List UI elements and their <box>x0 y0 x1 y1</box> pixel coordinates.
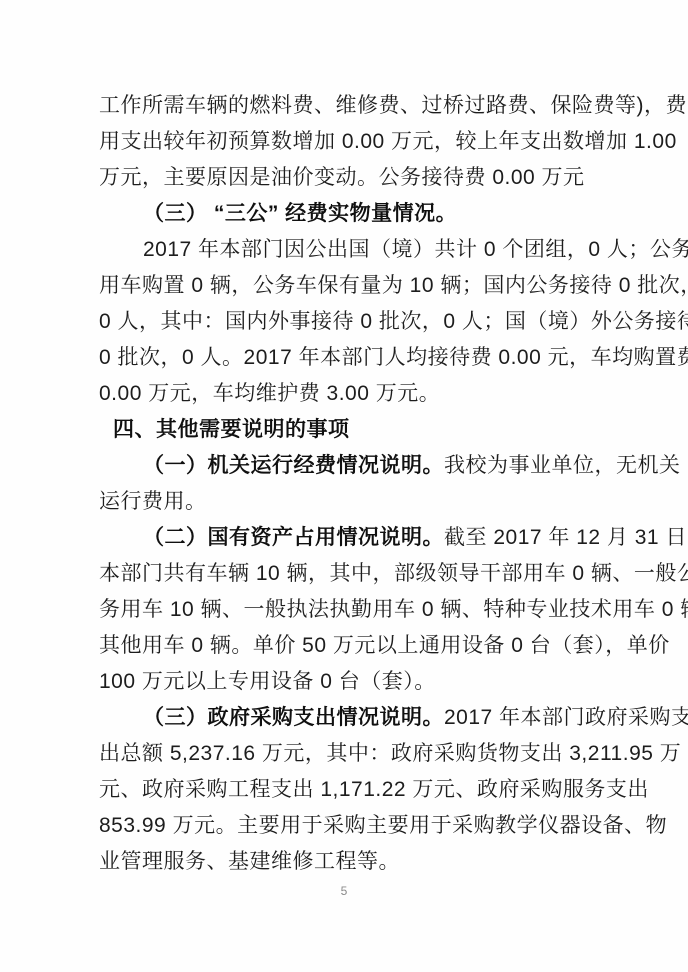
body-text: 万元，主要原因是油价变动。公务接待费 0.00 万元 <box>99 166 585 189</box>
text-line: 元、政府采购工程支出 1,171.22 万元、政府采购服务支出 <box>99 772 611 808</box>
body-text: 用支出较年初预算数增加 0.00 万元，较上年支出数增加 1.00 <box>99 130 677 153</box>
body-text: 截至 2017 年 12 月 31 日， <box>444 526 688 549</box>
bold-text: 四、其他需要说明的事项 <box>113 418 350 441</box>
text-line: 0 人，其中：国内外事接待 0 批次，0 人；国（境）外公务接待 <box>99 304 611 340</box>
body-text: 100 万元以上专用设备 0 台（套）。 <box>99 670 436 693</box>
text-line: 工作所需车辆的燃料费、维修费、过桥过路费、保险费等)，费 <box>99 88 611 124</box>
text-line: 务用车 10 辆、一般执法执勤用车 0 辆、特种专业技术用车 0 辆、 <box>99 592 611 628</box>
text-line: 其他用车 0 辆。单价 50 万元以上通用设备 0 台（套），单价 <box>99 628 611 664</box>
text-line: 万元，主要原因是油价变动。公务接待费 0.00 万元 <box>99 160 611 196</box>
body-text: 0.00 万元，车均维护费 3.00 万元。 <box>99 382 440 405</box>
text-line: 853.99 万元。主要用于采购主要用于采购教学仪器设备、物 <box>99 808 611 844</box>
body-text: 元、政府采购工程支出 1,171.22 万元、政府采购服务支出 <box>99 778 649 801</box>
body-text: 务用车 10 辆、一般执法执勤用车 0 辆、特种专业技术用车 0 辆、 <box>99 598 688 621</box>
document-body: 工作所需车辆的燃料费、维修费、过桥过路费、保险费等)，费 用支出较年初预算数增加… <box>99 88 611 880</box>
section-heading: （一）机关运行经费情况说明。我校为事业单位，无机关 <box>99 448 611 484</box>
document-page: 工作所需车辆的燃料费、维修费、过桥过路费、保险费等)，费 用支出较年初预算数增加… <box>0 0 688 972</box>
chapter-heading: 四、其他需要说明的事项 <box>99 412 611 448</box>
text-line: 用车购置 0 辆，公务车保有量为 10 辆；国内公务接待 0 批次， <box>99 268 611 304</box>
body-text: 出总额 5,237.16 万元，其中：政府采购货物支出 3,211.95 万 <box>99 742 681 765</box>
body-text: 2017 年本部门政府采购支 <box>444 706 688 729</box>
section-heading: （二）国有资产占用情况说明。截至 2017 年 12 月 31 日， <box>99 520 611 556</box>
text-line: 本部门共有车辆 10 辆，其中，部级领导干部用车 0 辆、一般公 <box>99 556 611 592</box>
body-text: 用车购置 0 辆，公务车保有量为 10 辆；国内公务接待 0 批次， <box>99 274 688 297</box>
body-text: 工作所需车辆的燃料费、维修费、过桥过路费、保险费等)，费 <box>99 94 687 117</box>
bold-text: （三）政府采购支出情况说明。 <box>143 706 444 729</box>
section-heading: （三） “三公” 经费实物量情况。 <box>99 196 611 232</box>
body-text: 本部门共有车辆 10 辆，其中，部级领导干部用车 0 辆、一般公 <box>99 562 688 585</box>
body-text: 0 人，其中：国内外事接待 0 批次，0 人；国（境）外公务接待 <box>99 310 688 333</box>
body-text: 我校为事业单位，无机关 <box>444 454 681 477</box>
page-number: 5 <box>0 884 688 898</box>
text-line: 运行费用。 <box>99 484 611 520</box>
body-text: 运行费用。 <box>99 490 207 513</box>
body-text: 2017 年本部门因公出国（境）共计 0 个团组，0 人；公务 <box>143 238 688 261</box>
bold-text: （一）机关运行经费情况说明。 <box>143 454 444 477</box>
bold-text: （二）国有资产占用情况说明。 <box>143 526 444 549</box>
body-text: 业管理服务、基建维修工程等。 <box>99 850 400 873</box>
text-line: 2017 年本部门因公出国（境）共计 0 个团组，0 人；公务 <box>99 232 611 268</box>
text-line: 出总额 5,237.16 万元，其中：政府采购货物支出 3,211.95 万 <box>99 736 611 772</box>
text-line: 业管理服务、基建维修工程等。 <box>99 844 611 880</box>
body-text: 853.99 万元。主要用于采购主要用于采购教学仪器设备、物 <box>99 814 667 837</box>
text-line: 0.00 万元，车均维护费 3.00 万元。 <box>99 376 611 412</box>
text-line: 用支出较年初预算数增加 0.00 万元，较上年支出数增加 1.00 <box>99 124 611 160</box>
body-text: 其他用车 0 辆。单价 50 万元以上通用设备 0 台（套），单价 <box>99 634 670 657</box>
text-line: 100 万元以上专用设备 0 台（套）。 <box>99 664 611 700</box>
text-line: 0 批次，0 人。2017 年本部门人均接待费 0.00 元，车均购置费 <box>99 340 611 376</box>
body-text: 0 批次，0 人。2017 年本部门人均接待费 0.00 元，车均购置费 <box>99 346 688 369</box>
bold-text: （三） “三公” 经费实物量情况。 <box>143 202 457 225</box>
section-heading: （三）政府采购支出情况说明。2017 年本部门政府采购支 <box>99 700 611 736</box>
